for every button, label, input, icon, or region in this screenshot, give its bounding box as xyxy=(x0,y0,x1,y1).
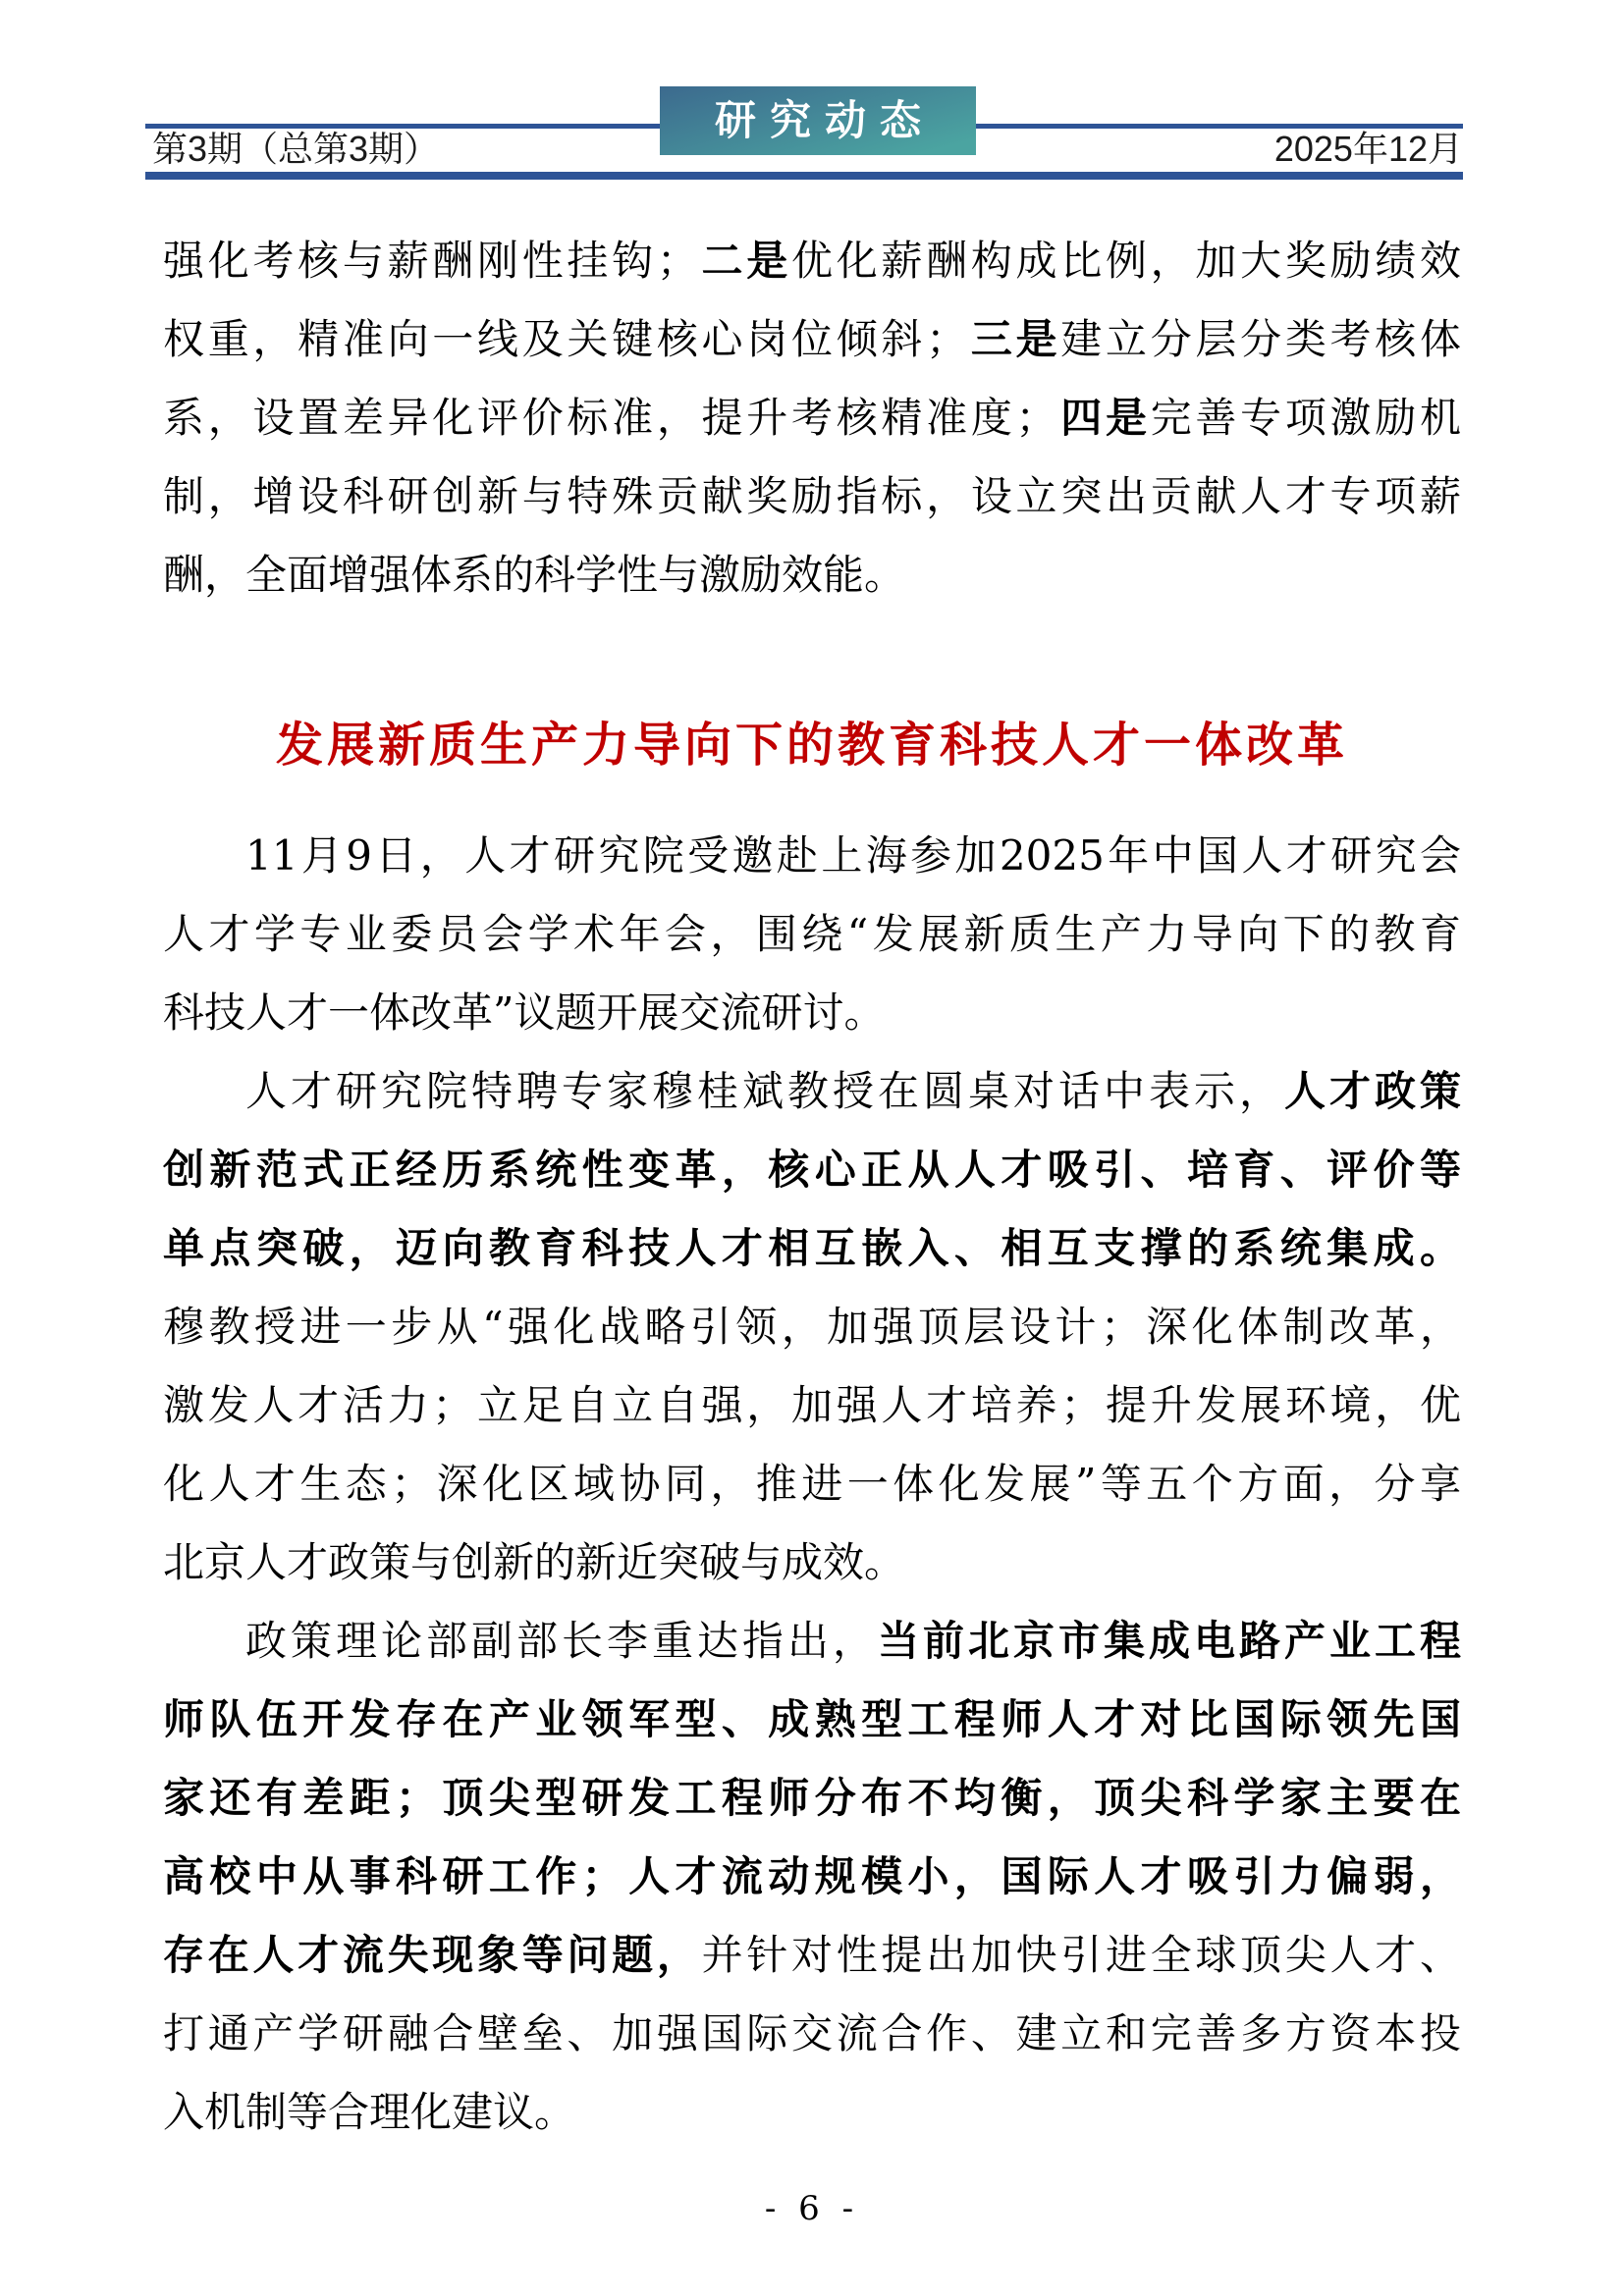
text-segment: 酬，全面增强体系的科学性与激励效能。 xyxy=(163,551,905,599)
text-segment: 四是 xyxy=(1057,394,1151,442)
text-segment: 单点突破，迈向教育科技人才相互嵌入、相互支撑的系统集成。 xyxy=(163,1224,1461,1272)
newsletter-page: 研究动态 第3期（总第3期） 2025年12月 强化考核与薪酬刚性挂钩；二是优化… xyxy=(0,0,1624,2296)
body-line: 人才学专业委员会学术年会，围绕“发展新质生产力导向下的教育 xyxy=(163,895,1461,974)
text-segment: 当前北京市集成电路产业工程 xyxy=(878,1617,1461,1665)
body-line: 制，增设科研创新与特殊贡献奖励指标，设立突出贡献人才专项薪 xyxy=(163,457,1461,536)
text-segment: 11月9日，人才研究院受邀赴上海参加2025年中国人才研究会 xyxy=(245,831,1461,880)
body-line: 家还有差距；顶尖型研发工程师分布不均衡，顶尖科学家主要在 xyxy=(163,1759,1461,1838)
text-segment: 家还有差距；顶尖型研发工程师分布不均衡，顶尖科学家主要在 xyxy=(163,1774,1461,1822)
body-line: 穆教授进一步从“强化战略引领，加强顶层设计；深化体制改革， xyxy=(163,1288,1461,1366)
issue-date: 2025年12月 xyxy=(1274,128,1463,171)
text-segment: 激发人才活力；立足自立自强，加强人才培养；提升发展环境，优 xyxy=(163,1381,1461,1429)
text-segment: 科技人才一体改革”议题开展交流研讨。 xyxy=(163,988,885,1037)
text-segment: 政策理论部副部长李重达指出， xyxy=(245,1617,878,1665)
body-line: 酬，全面增强体系的科学性与激励效能。 xyxy=(163,536,1461,614)
body-line: 政策理论部副部长李重达指出，当前北京市集成电路产业工程 xyxy=(163,1602,1461,1681)
body-line: 创新范式正经历系统性变革，核心正从人才吸引、培育、评价等 xyxy=(163,1131,1461,1209)
text-segment: 完善专项激励机 xyxy=(1151,394,1461,442)
body-line: 入机制等合理化建议。 xyxy=(163,2073,1461,2152)
text-segment: 权重，精准向一线及关键核心岗位倾斜； xyxy=(163,315,967,363)
page-number: - 6 - xyxy=(0,2187,1624,2230)
text-segment: 穆教授进一步从“强化战略引领，加强顶层设计；深化体制改革， xyxy=(163,1303,1461,1351)
text-segment: 制，增设科研创新与特殊贡献奖励指标，设立突出贡献人才专项薪 xyxy=(163,472,1461,520)
text-segment: 人才政策 xyxy=(1284,1067,1461,1115)
masthead-banner: 研究动态 xyxy=(660,86,976,155)
body-line: 化人才生态；深化区域协同，推进一体化发展”等五个方面，分享 xyxy=(163,1445,1461,1523)
body-line: 激发人才活力；立足自立自强，加强人才培养；提升发展环境，优 xyxy=(163,1366,1461,1445)
body-line: 11月9日，人才研究院受邀赴上海参加2025年中国人才研究会 xyxy=(163,817,1461,895)
body-line: 权重，精准向一线及关键核心岗位倾斜；三是建立分层分类考核体 xyxy=(163,300,1461,379)
body-line: 人才研究院特聘专家穆桂斌教授在圆桌对话中表示，人才政策 xyxy=(163,1052,1461,1131)
body-line: 北京人才政策与创新的新近突破与成效。 xyxy=(163,1523,1461,1602)
text-segment: 优化薪酬构成比例，加大奖励绩效 xyxy=(791,237,1461,285)
text-segment: 北京人才政策与创新的新近突破与成效。 xyxy=(163,1538,905,1586)
issue-number: 第3期（总第3期） xyxy=(152,128,439,171)
text-segment: 人才学专业委员会学术年会，围绕“发展新质生产力导向下的教育 xyxy=(163,910,1461,958)
text-segment: 入机制等合理化建议。 xyxy=(163,2088,575,2136)
text-segment: 强化考核与薪酬刚性挂钩； xyxy=(163,237,698,285)
body-line: 强化考核与薪酬刚性挂钩；二是优化薪酬构成比例，加大奖励绩效 xyxy=(163,222,1461,300)
text-segment: 二是 xyxy=(698,237,791,285)
header-rule-thick xyxy=(145,172,1463,180)
body-line: 科技人才一体改革”议题开展交流研讨。 xyxy=(163,974,1461,1052)
section-title: 发展新质生产力导向下的教育科技人才一体改革 xyxy=(163,706,1461,784)
page-body: 强化考核与薪酬刚性挂钩；二是优化薪酬构成比例，加大奖励绩效权重，精准向一线及关键… xyxy=(163,222,1461,2152)
paragraph-block-after-title: 11月9日，人才研究院受邀赴上海参加2025年中国人才研究会人才学专业委员会学术… xyxy=(163,817,1461,2152)
text-segment: 系，设置差异化评价标准，提升考核精准度； xyxy=(163,394,1057,442)
body-line: 打通产学研融合壁垒、加强国际交流合作、建立和完善多方资本投 xyxy=(163,1995,1461,2073)
body-line: 高校中从事科研工作；人才流动规模小，国际人才吸引力偏弱， xyxy=(163,1838,1461,1916)
text-segment: 建立分层分类考核体 xyxy=(1060,315,1461,363)
paragraph-block-before-title: 强化考核与薪酬刚性挂钩；二是优化薪酬构成比例，加大奖励绩效权重，精准向一线及关键… xyxy=(163,222,1461,614)
body-line: 单点突破，迈向教育科技人才相互嵌入、相互支撑的系统集成。 xyxy=(163,1209,1461,1288)
body-line: 存在人才流失现象等问题，并针对性提出加快引进全球顶尖人才、 xyxy=(163,1916,1461,1995)
text-segment: 打通产学研融合壁垒、加强国际交流合作、建立和完善多方资本投 xyxy=(163,2009,1461,2057)
text-segment: 高校中从事科研工作；人才流动规模小，国际人才吸引力偏弱， xyxy=(163,1852,1461,1900)
text-segment: 存在人才流失现象等问题， xyxy=(163,1931,702,1979)
text-segment: 三是 xyxy=(967,315,1060,363)
masthead-title: 研究动态 xyxy=(715,97,935,143)
text-segment: 并针对性提出加快引进全球顶尖人才、 xyxy=(702,1931,1461,1979)
text-segment: 创新范式正经历系统性变革，核心正从人才吸引、培育、评价等 xyxy=(163,1146,1461,1194)
text-segment: 师队伍开发存在产业领军型、成熟型工程师人才对比国际领先国 xyxy=(163,1695,1461,1743)
body-line: 师队伍开发存在产业领军型、成熟型工程师人才对比国际领先国 xyxy=(163,1681,1461,1759)
text-segment: 人才研究院特聘专家穆桂斌教授在圆桌对话中表示， xyxy=(245,1067,1284,1115)
body-line: 系，设置差异化评价标准，提升考核精准度；四是完善专项激励机 xyxy=(163,379,1461,457)
text-segment: 化人才生态；深化区域协同，推进一体化发展”等五个方面，分享 xyxy=(163,1460,1461,1508)
